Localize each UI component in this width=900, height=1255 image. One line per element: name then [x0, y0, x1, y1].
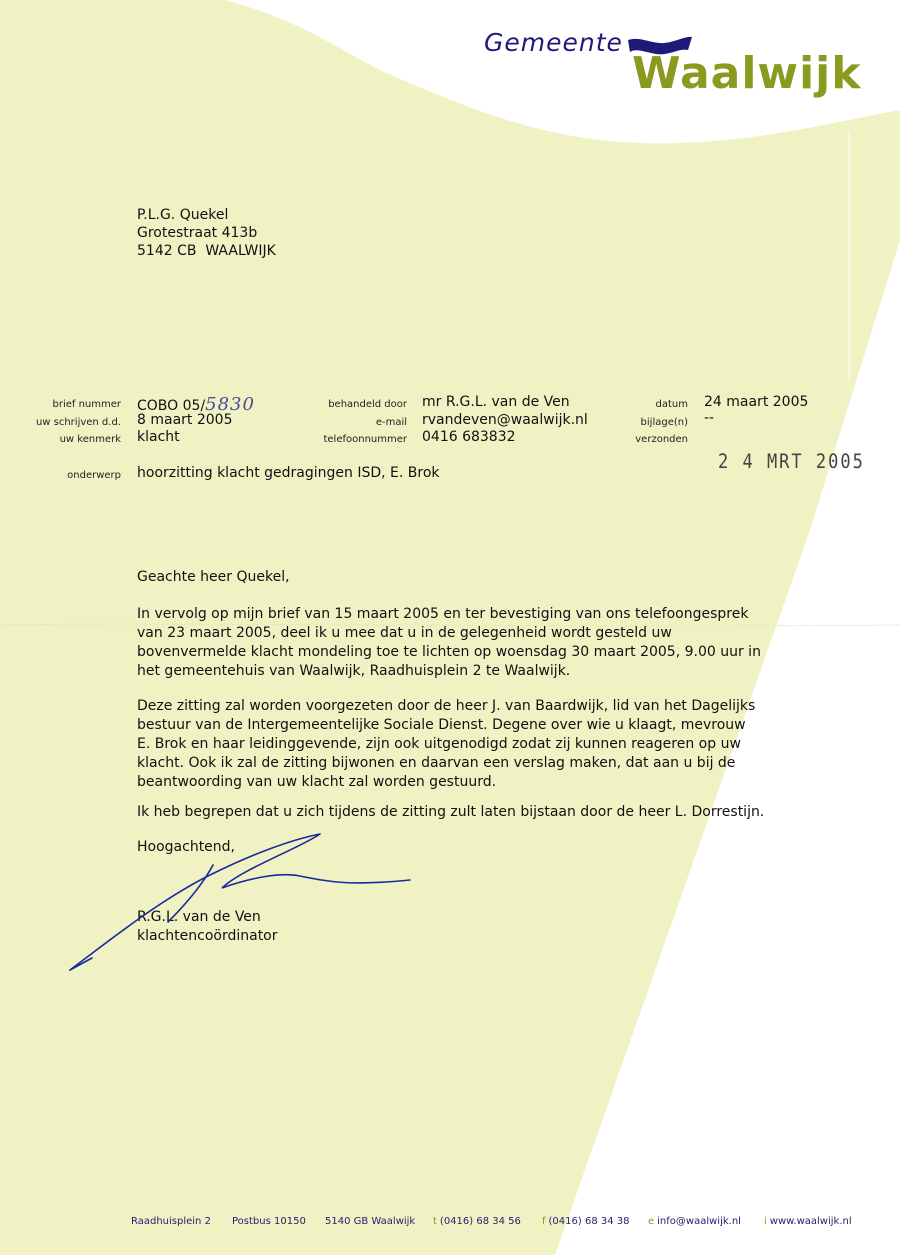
signature-icon — [0, 0, 900, 1255]
